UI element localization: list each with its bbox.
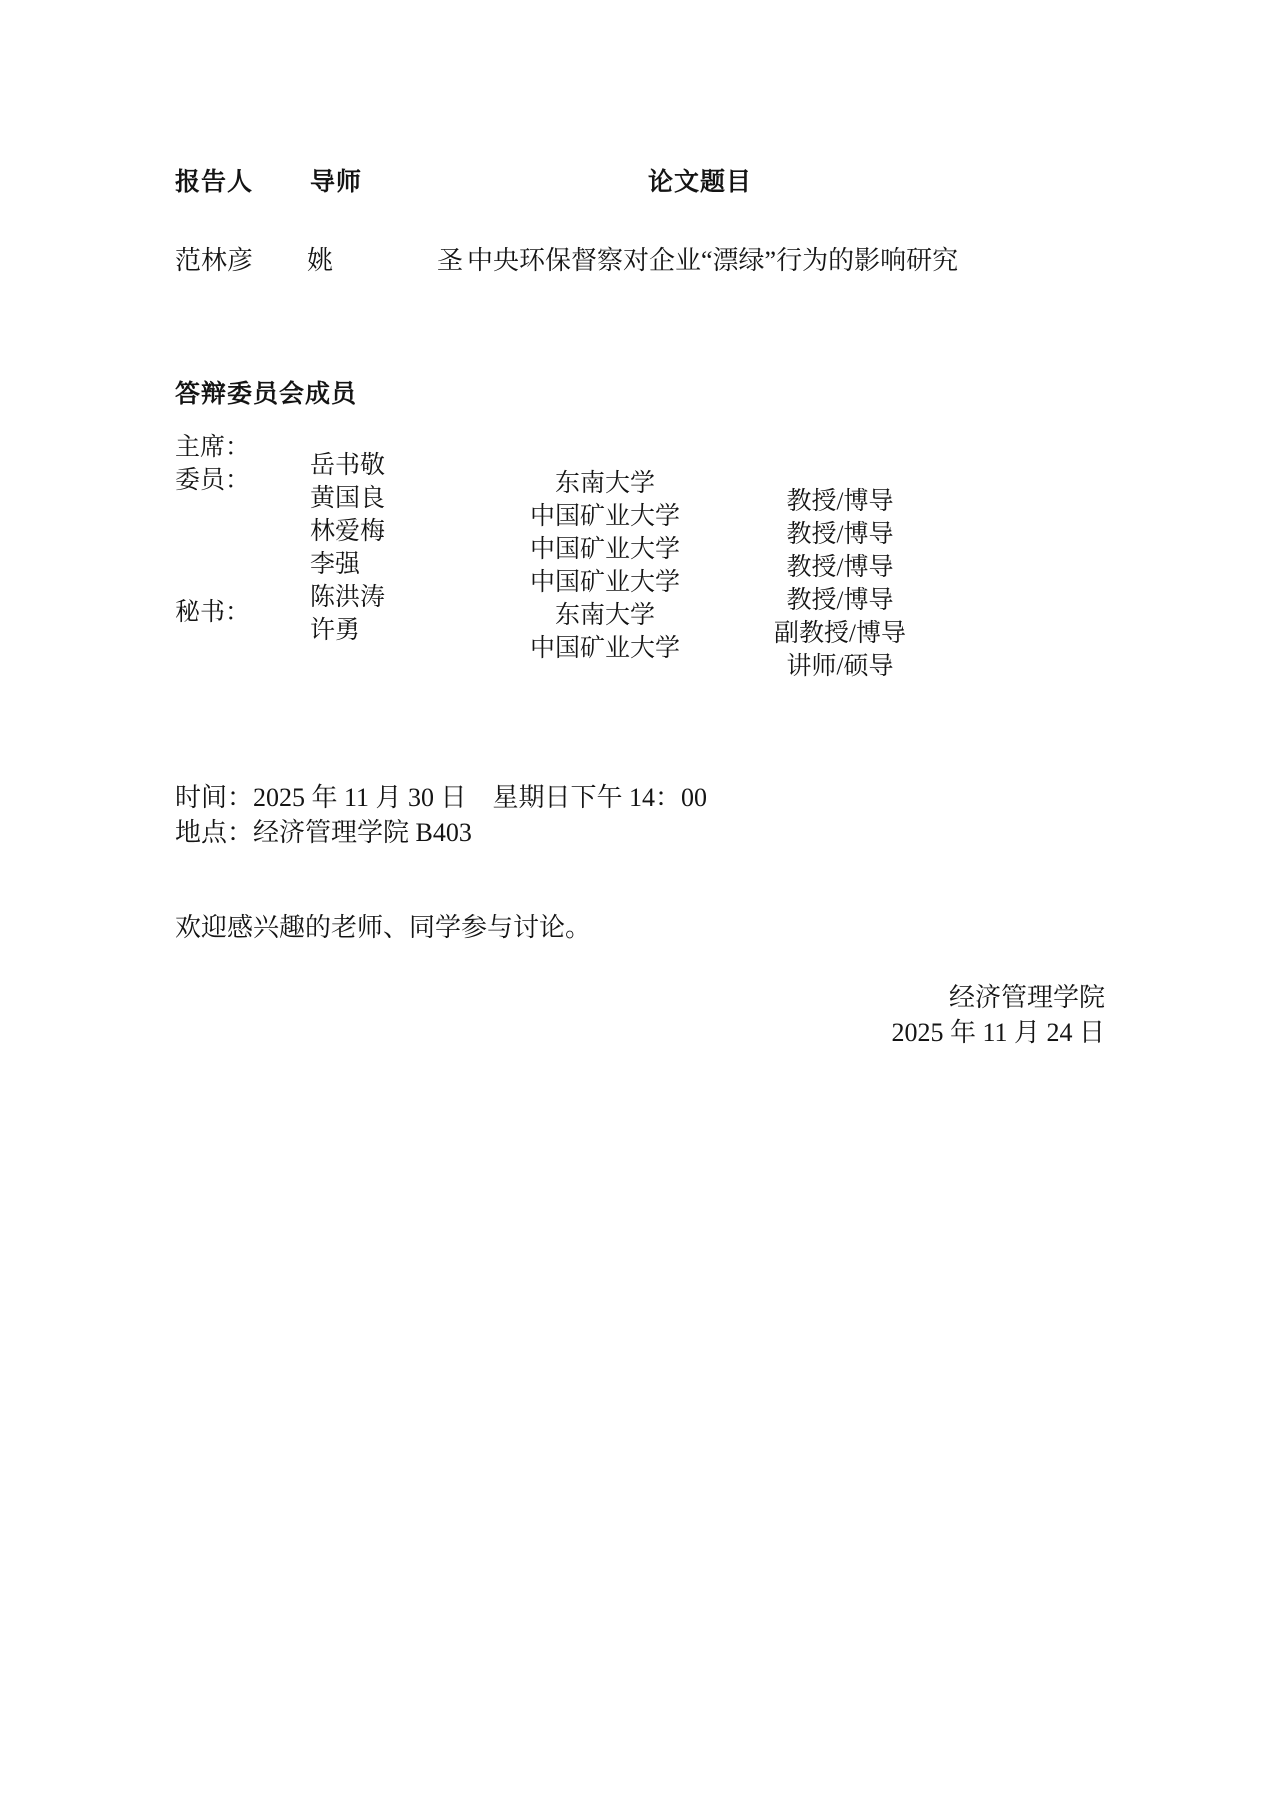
committee-row: 李强 中国矿业大学 教授/博导: [0, 508, 1280, 536]
member-name: 许勇: [310, 610, 360, 646]
member-affiliation: 中国矿业大学: [460, 628, 750, 664]
presenter-name: 范林彦: [175, 240, 253, 277]
committee-row: 主席： 岳书敬 东南大学 教授/博导: [0, 409, 1280, 437]
header-presenter: 报告人: [175, 162, 253, 198]
thesis-title: 中央环保督察对企业“漂绿”行为的影响研究: [467, 240, 958, 277]
time-line: 时间：2025 年 11 月 30 日 星期日下午 14：00: [175, 777, 707, 814]
member-title: 副教授/博导: [740, 613, 940, 649]
document-page: 报告人 导师 论文题目 范林彦 姚圣 中央环保督察对企业“漂绿”行为的影响研究 …: [0, 0, 1280, 1810]
member-role: 秘书：: [175, 592, 250, 628]
committee-row: 陈洪涛 东南大学 副教授/博导: [0, 541, 1280, 569]
member-title: 讲师/硕导: [740, 646, 940, 682]
signature-date: 2025 年 11 月 24 日: [700, 1012, 1105, 1049]
header-advisor: 导师: [310, 162, 362, 198]
committee-heading: 答辩委员会成员: [175, 374, 357, 410]
committee-row: 委员： 黄国良 中国矿业大学 教授/博导: [0, 442, 1280, 470]
header-thesis-title: 论文题目: [648, 162, 752, 198]
committee-row: 秘书： 许勇 中国矿业大学 讲师/硕导: [0, 574, 1280, 602]
location-line: 地点：经济管理学院 B403: [175, 812, 472, 849]
advisor-name: 姚圣: [307, 240, 463, 277]
signature-organization: 经济管理学院: [700, 977, 1105, 1014]
committee-row: 林爱梅 中国矿业大学 教授/博导: [0, 475, 1280, 503]
invitation-line: 欢迎感兴趣的老师、同学参与讨论。: [175, 907, 591, 944]
